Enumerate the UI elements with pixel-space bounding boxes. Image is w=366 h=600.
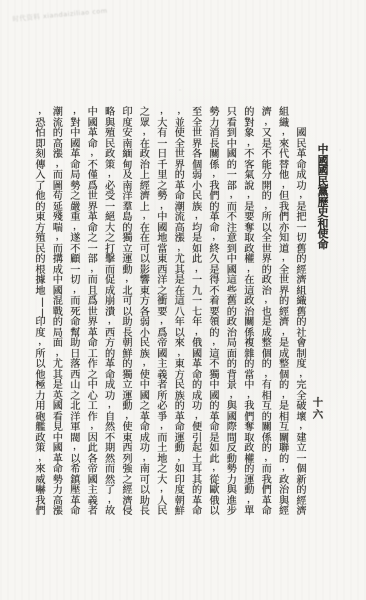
text-column-5: 只看到中國的一部，而不注意到中國這些舊的政治局面的背景，與國際間反動勢力與進步 <box>226 108 238 518</box>
scanned-book-page: 时代资料 xiandaiziliao com 中國國民黨歷史和使命 十六 國民革… <box>0 0 366 600</box>
text-column-3: 濟，又是不能分開的，所以全世界的政治，也是成整個的，有相互的關係的，而我們革命 <box>261 108 273 518</box>
text-layer: 中國國民黨歷史和使命 十六 國民革命成功，是把一切舊的經濟組織舊的社會制度，完全… <box>0 0 366 600</box>
text-column-14: ，對中國革命局勢之嚴重，遂不顧一切，而死命幫助日落西山之北洋軍閥，以希鎮壓革命 <box>69 108 81 518</box>
text-column-11: 印度安南緬甸及南洋羣島的獨立運動，北可以助長朝鮮的獨立運動，使東西列強之經濟侵 <box>122 108 134 518</box>
chapter-title: 中國國民黨歷史和使命 <box>317 145 329 250</box>
page-number: 十六 <box>312 398 324 421</box>
text-column-2: 組織，來代替他，但我們亦知道，全世界的經濟，是成整個的，是相互關聯的，政治與經 <box>278 108 290 518</box>
text-column-4: 的對象，不客氣說，是要奪取政權，在這政治關係複雜的當中，我們奪取政權的運動，單 <box>243 108 255 518</box>
text-column-16: ，恐怕即刻傳入了他的東方殖民的根據地——印度，所以他極力用砲艦政策，來威嚇我們 <box>35 108 47 518</box>
text-column-7: 至全世界各個弱小民族，均是如此，一九一七年，俄國革命的成功，便引起土耳其的革命 <box>191 108 203 518</box>
text-column-15: 潮流的高漲，而圖苟延殘喘，而搆成中國混戰的局面，尤其是英國看見中國革命勢力高漲 <box>52 108 64 518</box>
text-column-9: ，大有一日千里之勢，中國地當東西洋之衝要，爲帝國主義者所必爭，而土地之大，人民 <box>156 108 168 518</box>
text-column-10: 之眾，在政治上經濟上，在在可以影響東方各弱小民族，使中國之革命成功，南可以助長 <box>139 108 151 518</box>
text-column-13: 中國革命，不僅爲世界革命之一部，而且爲世界革命工作之中心工作，因此各帝國主義者 <box>87 108 99 518</box>
text-column-8: ，並使全世界的革命潮流高漲，尤其是在這八年以來，東方民族的革命運動，如印度朝鮮 <box>174 108 186 518</box>
text-column-12: 略與殖民政策，必受一絕大之打擊而促成崩潰，西方的革命成功，自然不期然而然了，故 <box>104 108 116 518</box>
text-column-6: 勢力消長關係，我們的革命，終久是得不着要領的，這不獨中國的革命是如此，從歐俄以 <box>209 108 221 518</box>
text-column-1: 國民革命成功，是把一切舊的經濟組織舊的社會制度，完全破壞，建立一個新的經濟 <box>296 129 308 518</box>
